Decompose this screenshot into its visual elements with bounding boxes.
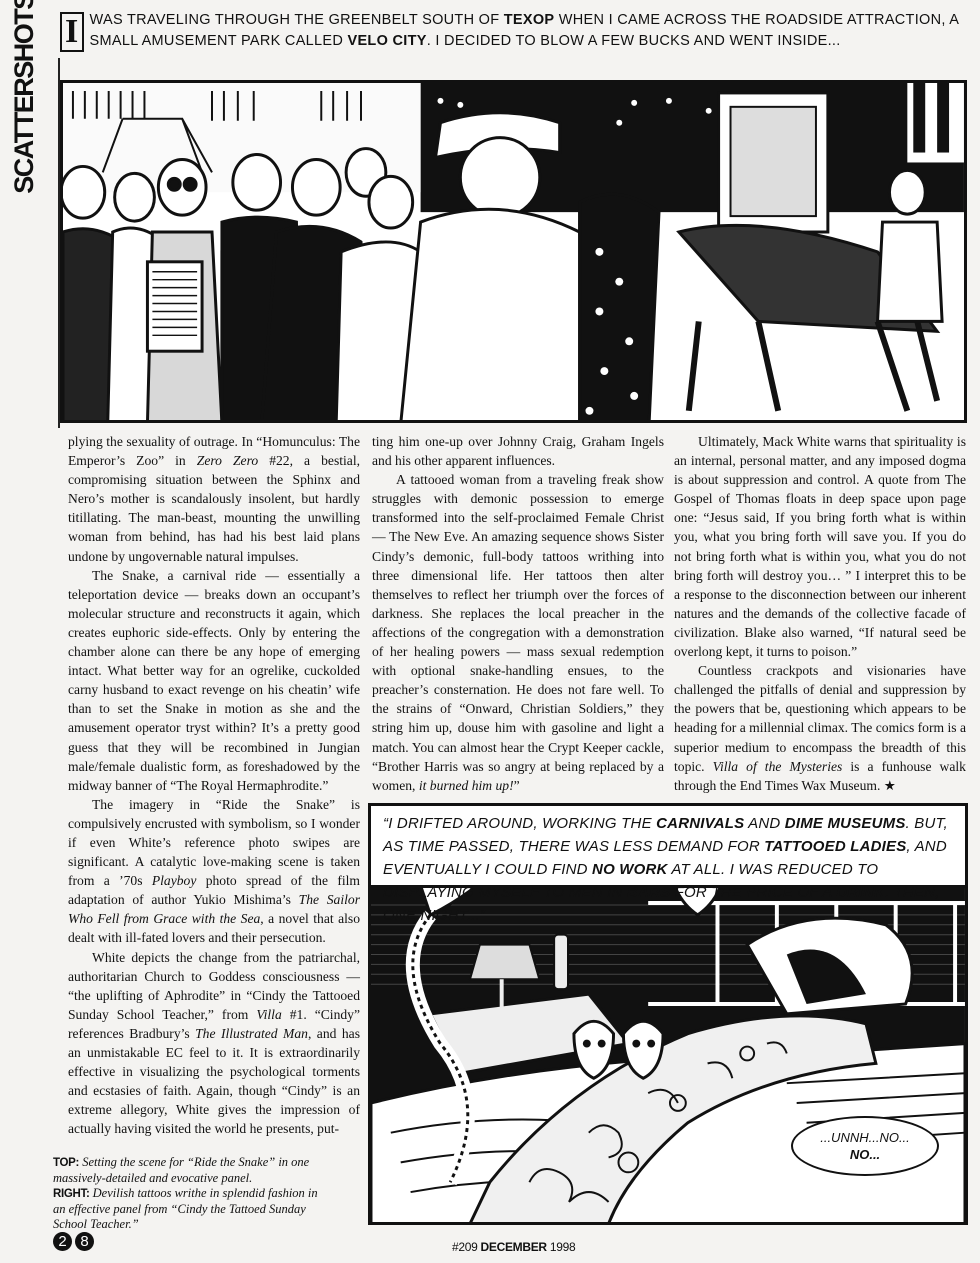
text: “I DRIFTED AROUND, WORKING THE xyxy=(383,815,656,832)
section-title: SCATTERSHOTS xyxy=(9,0,40,193)
paragraph: plying the sexuality of outrage. In “Hom… xyxy=(68,432,360,566)
issue-number: #209 xyxy=(452,1240,481,1254)
intro-text: . I DECIDED TO BLOW A FEW BUCKS AND WENT… xyxy=(427,33,841,49)
image-captions: TOP: Setting the scene for “Ride the Sna… xyxy=(53,1155,333,1232)
text: Countless crackpots and visionaries have… xyxy=(674,663,966,773)
caption-top: TOP: Setting the scene for “Ride the Sna… xyxy=(53,1155,333,1186)
issue-folio: #209 DECEMBER 1998 xyxy=(452,1240,575,1254)
paragraph: The imagery in “Ride the Snake” is compu… xyxy=(68,795,360,948)
balloon-line: NO... xyxy=(850,1146,880,1163)
article-column-2: ting him one-up over Johnny Craig, Graha… xyxy=(372,432,664,795)
caption-right: RIGHT: Devilish tattoos writhe in splend… xyxy=(53,1186,333,1232)
quote-italic: it burned him up! xyxy=(419,778,514,793)
issue-year: 1998 xyxy=(547,1240,576,1254)
emphasis: DIME MUSEUMS xyxy=(785,815,906,832)
balloon-line: ...UNNH...NO... xyxy=(820,1129,910,1146)
drop-cap: I xyxy=(60,12,84,52)
title-italic: Villa xyxy=(256,1007,281,1022)
issue-month: DECEMBER xyxy=(481,1240,547,1254)
emphasis: CARNIVALS xyxy=(656,815,744,832)
title-italic: Zero Zero xyxy=(197,453,258,468)
emphasis: DRINK xyxy=(836,884,885,901)
text: A tattooed woman from a traveling freak … xyxy=(372,472,664,793)
emphasis: NO WORK xyxy=(592,861,668,878)
text: FOR THE PRICE OF A xyxy=(670,884,836,901)
top-comic-panel xyxy=(60,80,967,423)
paragraph: Ultimately, Mack White warns that spirit… xyxy=(674,432,966,661)
intro-bold: TEXOP xyxy=(504,12,555,28)
text: , and has an unmistakable EC feel to it.… xyxy=(68,1026,360,1136)
paragraph: Countless crackpots and visionaries have… xyxy=(674,661,966,795)
emphasis: TATTOOED LADIES xyxy=(764,838,906,855)
paragraph: ting him one-up over Johnny Craig, Graha… xyxy=(372,432,664,470)
intro-caption: I WAS TRAVELING THROUGH THE GREENBELT SO… xyxy=(60,10,960,52)
title-italic: Playboy xyxy=(152,873,197,888)
caption-text: Setting the scene for “Ride the Snake” i… xyxy=(53,1155,309,1185)
narration-caption: “I DRIFTED AROUND, WORKING THE CARNIVALS… xyxy=(371,806,965,888)
text: #22, a bestial, compromising situation b… xyxy=(68,453,360,563)
article-column-3: Ultimately, Mack White warns that spirit… xyxy=(674,432,966,795)
section-tab: SCATTERSHOTS xyxy=(4,8,44,178)
speech-balloon: ...UNNH...NO... NO... xyxy=(791,1116,939,1176)
caption-label: TOP: xyxy=(53,1157,79,1169)
text: AND xyxy=(744,815,784,832)
intro-bold: VELO CITY xyxy=(347,33,426,49)
end-star-icon: ★ xyxy=(884,778,896,793)
page-digit: 2 xyxy=(53,1232,72,1251)
text: ” xyxy=(514,778,520,793)
paragraph: The Snake, a carnival ride — essentially… xyxy=(68,566,360,795)
intro-text: WAS TRAVELING THROUGH THE GREENBELT SOUT… xyxy=(90,12,504,28)
paragraph: A tattooed woman from a traveling freak … xyxy=(372,470,664,795)
caption-text: Devilish tattoos writhe in splendid fash… xyxy=(53,1186,318,1231)
emphasis: BARS xyxy=(627,884,670,901)
caption-label: RIGHT: xyxy=(53,1188,90,1200)
page-number: 2 8 xyxy=(53,1232,94,1251)
carnival-crowd-illustration xyxy=(63,83,964,423)
right-comic-panel: “I DRIFTED AROUND, WORKING THE CARNIVALS… xyxy=(368,803,968,1225)
title-italic: Villa of the Mysteries xyxy=(713,759,843,774)
article-column-1: plying the sexuality of outrage. In “Hom… xyxy=(68,432,360,1138)
title-italic: The Illustrated Man xyxy=(195,1026,308,1041)
paragraph: White depicts the change from the patria… xyxy=(68,948,360,1139)
page-digit: 8 xyxy=(75,1232,94,1251)
